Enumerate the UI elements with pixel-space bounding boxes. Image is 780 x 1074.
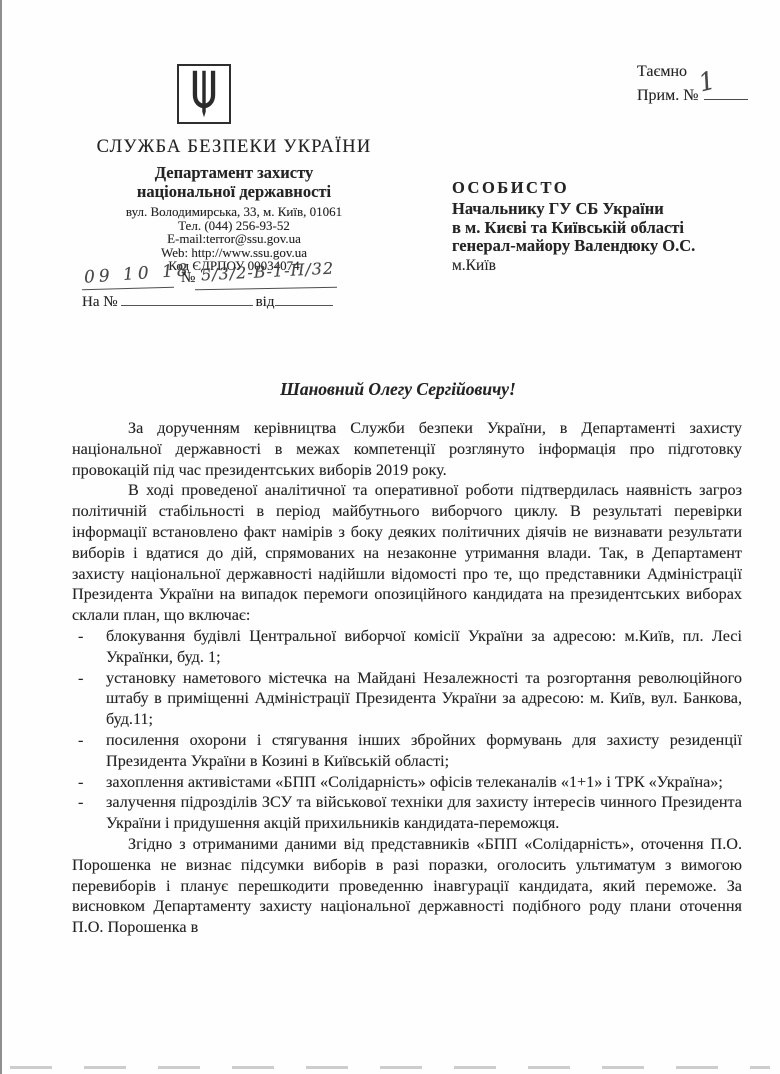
address-line: вул. Володимирська, 33, м. Київ, 01061	[60, 205, 408, 219]
body-paragraph-3: Згідно з отриманими даними від представн…	[72, 834, 742, 938]
list-dash: -	[72, 730, 106, 772]
list-dash: -	[72, 626, 106, 668]
list-item: - посилення охорони і стягування інших з…	[72, 730, 742, 772]
email-line: E-mail:terror@ssu.gov.ua	[60, 232, 408, 246]
dept-name-line-2: національної державності	[60, 182, 408, 201]
letterhead: СЛУЖБА БЕЗПЕКИ УКРАЇНИ Департамент захис…	[60, 64, 408, 273]
recipient-line: генерал-майору Валендюку О.С.	[452, 237, 695, 255]
org-name: СЛУЖБА БЕЗПЕКИ УКРАЇНИ	[60, 137, 408, 158]
letter-body: За дорученням керівництва Служби безпеки…	[72, 418, 742, 938]
web-line: Web: http://www.ssu.gov.ua	[60, 246, 408, 260]
list-dash: -	[72, 772, 106, 793]
outgoing-ref-line: 09 10 18 № 5/3/2-В-1-П/32	[82, 263, 362, 297]
copy-number-underline	[704, 99, 748, 100]
recipient-line: в м. Києві та Київській області	[452, 219, 695, 237]
body-paragraph-2: В ході проведеної аналітичної та операти…	[72, 480, 742, 626]
list-item-text: захоплення активістами «БПП «Солідарніст…	[106, 772, 742, 793]
dept-name: Департамент захисту національної державн…	[60, 163, 408, 201]
ref-number-underline	[195, 287, 337, 290]
plan-list: - блокування будівлі Центральної виборчо…	[72, 626, 742, 834]
handwritten-ref-number: 5/3/2-В-1-П/32	[201, 259, 335, 285]
incoming-ref-line: На №від	[82, 294, 333, 311]
copy-number-label: Прим. №	[637, 87, 699, 104]
date-underline	[82, 287, 174, 290]
handwritten-date: 09 10 18	[83, 260, 192, 287]
incoming-date-label: від	[256, 294, 275, 310]
recipient-city: м.Київ	[452, 257, 695, 275]
list-dash: -	[72, 792, 106, 834]
scanned-letter-page: Таємно Прим. № 1 СЛУЖБА БЕЗПЕКИ УКРАЇНИ …	[0, 0, 780, 1074]
list-item: - залучення підрозділів ЗСУ та військово…	[72, 792, 742, 834]
salutation: Шановний Олегу Сергійовичу!	[72, 379, 724, 400]
phone-line: Тел. (044) 256-93-52	[60, 219, 408, 233]
incoming-date-underline	[275, 305, 333, 306]
scan-bottom-edge-artifact	[10, 1066, 770, 1069]
recipient-block: ОСОБИСТО Начальнику ГУ СБ України в м. К…	[452, 179, 695, 275]
copy-number-line: Прим. № 1	[637, 84, 748, 108]
list-item-text: посилення охорони і стягування інших збр…	[106, 730, 742, 772]
ref-number-label: №	[181, 270, 195, 287]
incoming-ref-label: На №	[82, 294, 118, 310]
list-item: - блокування будівлі Центральної виборчо…	[72, 626, 742, 668]
list-item-text: блокування будівлі Центральної виборчої …	[106, 626, 742, 668]
list-item-text: установку наметового містечка на Майдані…	[106, 668, 742, 730]
personal-marker: ОСОБИСТО	[452, 179, 695, 197]
list-item: - установку наметового містечка на Майда…	[72, 668, 742, 730]
list-item-text: залучення підрозділів ЗСУ та військової …	[106, 792, 742, 834]
ukraine-trident-icon	[177, 64, 231, 124]
list-dash: -	[72, 668, 106, 730]
incoming-ref-underline	[121, 305, 253, 306]
secrecy-stamp: Таємно Прим. № 1	[637, 60, 748, 108]
dept-name-line-1: Департамент захисту	[60, 163, 408, 182]
body-paragraph-1: За дорученням керівництва Служби безпеки…	[72, 418, 742, 480]
classification-label: Таємно	[637, 60, 748, 84]
recipient-line: Начальнику ГУ СБ України	[452, 200, 695, 218]
scan-left-edge-artifact	[0, 0, 2, 1074]
list-item: - захоплення активістами «БПП «Солідарні…	[72, 772, 742, 793]
